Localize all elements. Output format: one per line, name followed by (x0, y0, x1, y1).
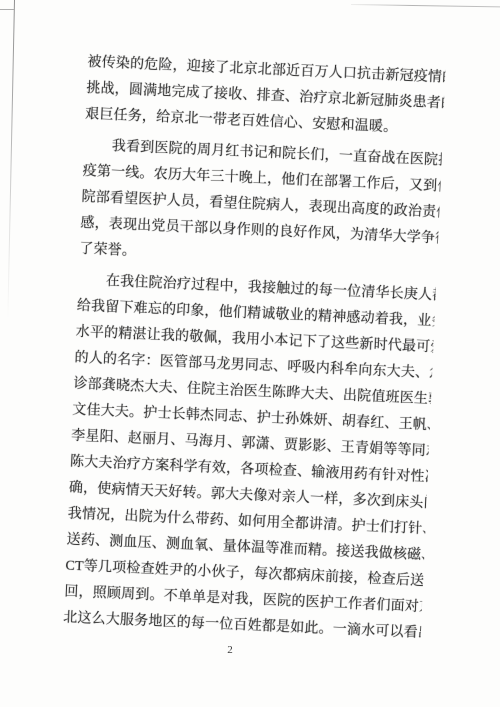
scan-artifact-top-right-line (351, 4, 500, 7)
page-number: 2 (218, 644, 242, 656)
scanned-letter-page: 被传染的危险，迎接了北京北部近百万人口抗击新冠疫情的挑战，圆满地完成了接收、排查… (0, 0, 500, 707)
scan-artifact-corner-tick (0, 9, 14, 10)
scan-artifact-vertical-line (7, 0, 15, 320)
document-text: 被传染的危险，迎接了北京北部近百万人口抗击新冠疫情的挑战，圆满地完成了接收、排查… (63, 50, 446, 647)
